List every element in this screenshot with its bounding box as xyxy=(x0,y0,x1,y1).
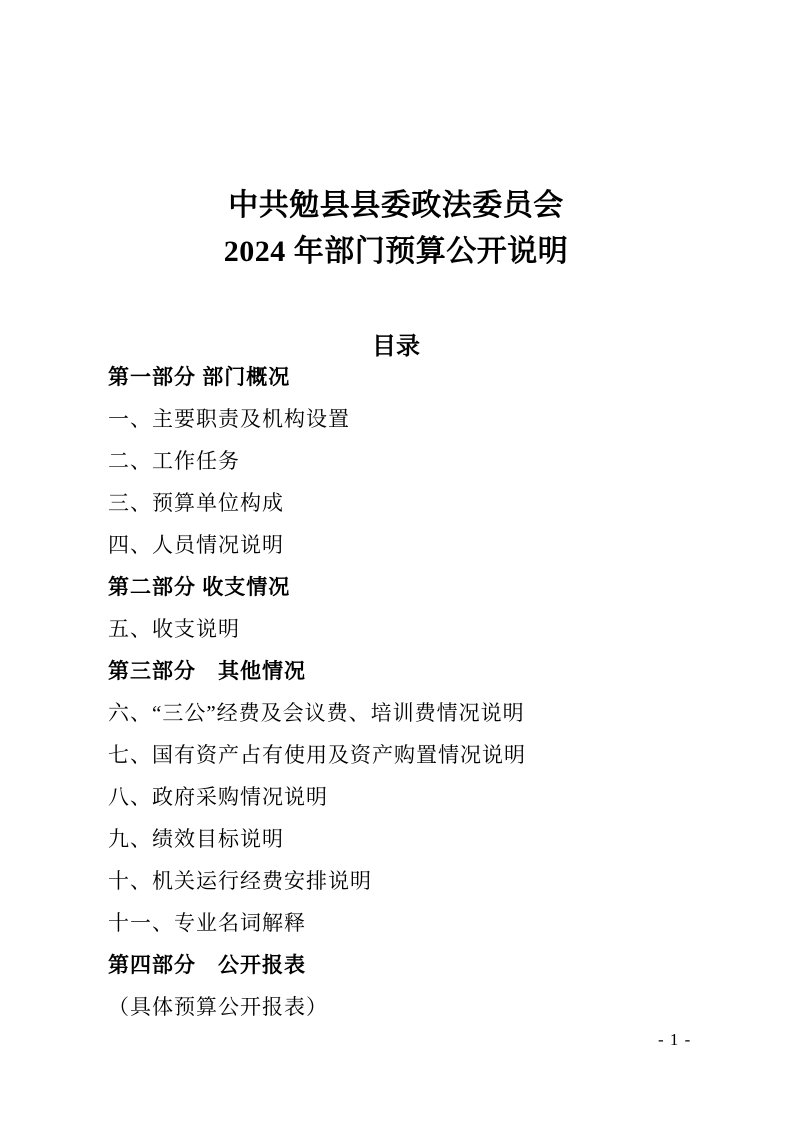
toc-item: 第三部分 其他情况 xyxy=(108,650,728,692)
toc-item: 五、收支说明 xyxy=(108,608,728,650)
page-number: - 1 - xyxy=(658,1030,691,1050)
toc-item: 第一部分 部门概况 xyxy=(108,356,728,398)
toc-item: 一、主要职责及机构设置 xyxy=(108,398,728,440)
toc-item: 十、机关运行经费安排说明 xyxy=(108,860,728,902)
document-page: 中共勉县县委政法委员会 2024 年部门预算公开说明 目录 第一部分 部门概况一… xyxy=(0,0,792,1121)
title-line-2: 2024 年部门预算公开说明 xyxy=(0,229,792,275)
toc-item: 九、绩效目标说明 xyxy=(108,818,728,860)
document-title: 中共勉县县委政法委员会 2024 年部门预算公开说明 xyxy=(0,183,792,275)
toc-item: 二、工作任务 xyxy=(108,440,728,482)
toc-item: 八、政府采购情况说明 xyxy=(108,776,728,818)
toc-item: 七、国有资产占有使用及资产购置情况说明 xyxy=(108,734,728,776)
toc-item: 第二部分 收支情况 xyxy=(108,566,728,608)
toc-item: 十一、专业名词解释 xyxy=(108,902,728,944)
toc-item: 三、预算单位构成 xyxy=(108,482,728,524)
toc-item: （具体预算公开报表） xyxy=(108,986,728,1028)
toc-item: 六、“三公”经费及会议费、培训费情况说明 xyxy=(108,692,728,734)
toc-list: 第一部分 部门概况一、主要职责及机构设置二、工作任务三、预算单位构成四、人员情况… xyxy=(108,356,728,1028)
toc-item: 四、人员情况说明 xyxy=(108,524,728,566)
toc-item: 第四部分 公开报表 xyxy=(108,944,728,986)
title-line-1: 中共勉县县委政法委员会 xyxy=(0,183,792,229)
